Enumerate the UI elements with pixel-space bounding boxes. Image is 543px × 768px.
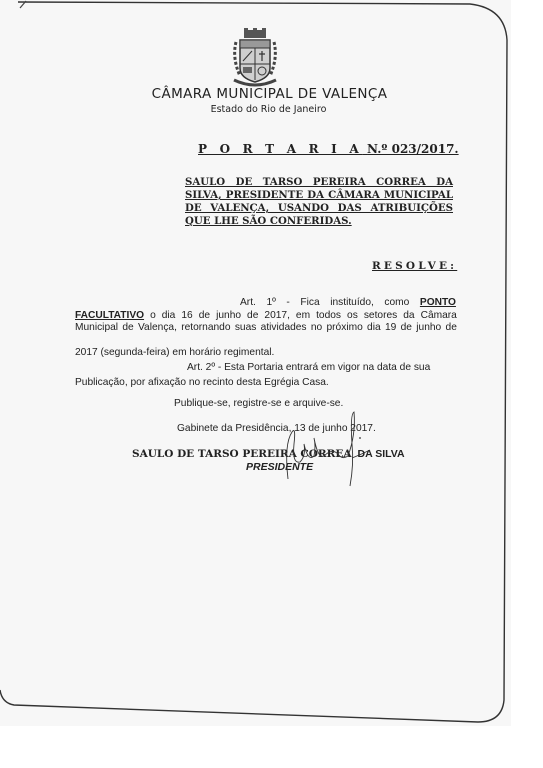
word: - bbox=[286, 297, 289, 308]
word: de bbox=[122, 322, 133, 333]
word: próximo bbox=[327, 322, 363, 333]
word: de bbox=[401, 322, 412, 333]
word: os bbox=[347, 310, 358, 321]
date-line: Gabinete da Presidência, 13 de junho 201… bbox=[177, 423, 376, 434]
state-name: Estado do Rio de Janeiro bbox=[0, 104, 540, 115]
word: 2017, bbox=[264, 310, 290, 321]
word: Art. bbox=[240, 297, 256, 308]
word: Municipal bbox=[75, 322, 118, 333]
word: todos bbox=[316, 310, 341, 321]
institution-name: CÂMARA MUNICIPAL DE VALENÇA bbox=[0, 86, 541, 102]
word: junho bbox=[416, 322, 441, 333]
word: 16 bbox=[181, 310, 192, 321]
word: dia bbox=[367, 322, 381, 333]
art1-lead-line: Art.1º-Ficainstituído,comoPONTO bbox=[240, 297, 456, 308]
signatory-name-bold: SAULO DE TARSO PEREIRA CORREA bbox=[132, 448, 352, 460]
word: de bbox=[247, 310, 258, 321]
word: Câmara bbox=[421, 310, 457, 321]
municipal-coat-of-arms-icon bbox=[226, 28, 284, 90]
word: Valença, bbox=[138, 322, 177, 333]
word: 1º bbox=[266, 297, 275, 308]
word: retornando bbox=[181, 322, 230, 333]
signatory-name: SAULO DE TARSO PEREIRA CORREADA SILVA bbox=[132, 448, 405, 460]
word: de bbox=[199, 310, 210, 321]
art2-line-2: Publicação, por afixação no recinto dest… bbox=[75, 377, 329, 388]
word: setores bbox=[364, 310, 397, 321]
word: suas bbox=[235, 322, 257, 333]
art1-line-2: MunicipaldeValença,retornandosuasativida… bbox=[75, 322, 457, 333]
signatory-role: PRESIDENTE bbox=[246, 461, 313, 473]
word: da bbox=[403, 310, 414, 321]
art1-line-3: 2017 (segunda-feira) em horário regiment… bbox=[75, 347, 274, 358]
word: junho bbox=[216, 310, 241, 321]
word: 19 bbox=[385, 322, 396, 333]
document-title: P O R T A R I A N.º 023/2017. bbox=[198, 142, 459, 156]
word: dia bbox=[162, 310, 176, 321]
word: PONTO bbox=[420, 297, 456, 308]
art1-line-1: FACULTATIVOodia16dejunhode2017,emtodosos… bbox=[75, 310, 457, 321]
word: o bbox=[150, 310, 156, 321]
word: instituído, bbox=[330, 297, 374, 308]
word: no bbox=[311, 322, 322, 333]
art2-line-1: Art. 2º - Esta Portaria entrará em vigor… bbox=[187, 362, 430, 373]
word: Fica bbox=[300, 297, 319, 308]
closing-formula: Publique-se, registre-se e arquive-se. bbox=[174, 398, 343, 409]
resolve-heading: RESOLVE: bbox=[372, 260, 457, 272]
word: em bbox=[296, 310, 310, 321]
word: atividades bbox=[261, 322, 307, 333]
word: FACULTATIVO bbox=[75, 310, 144, 321]
title-prefix: P O R T A R I A bbox=[198, 142, 363, 156]
preamble: SAULO DE TARSO PEREIRA CORREA DA SILVA, … bbox=[185, 176, 453, 228]
word: como bbox=[384, 297, 409, 308]
signatory-name-tail: DA SILVA bbox=[358, 448, 405, 460]
title-number: N.º 023/2017. bbox=[367, 142, 459, 156]
word: de bbox=[446, 322, 457, 333]
